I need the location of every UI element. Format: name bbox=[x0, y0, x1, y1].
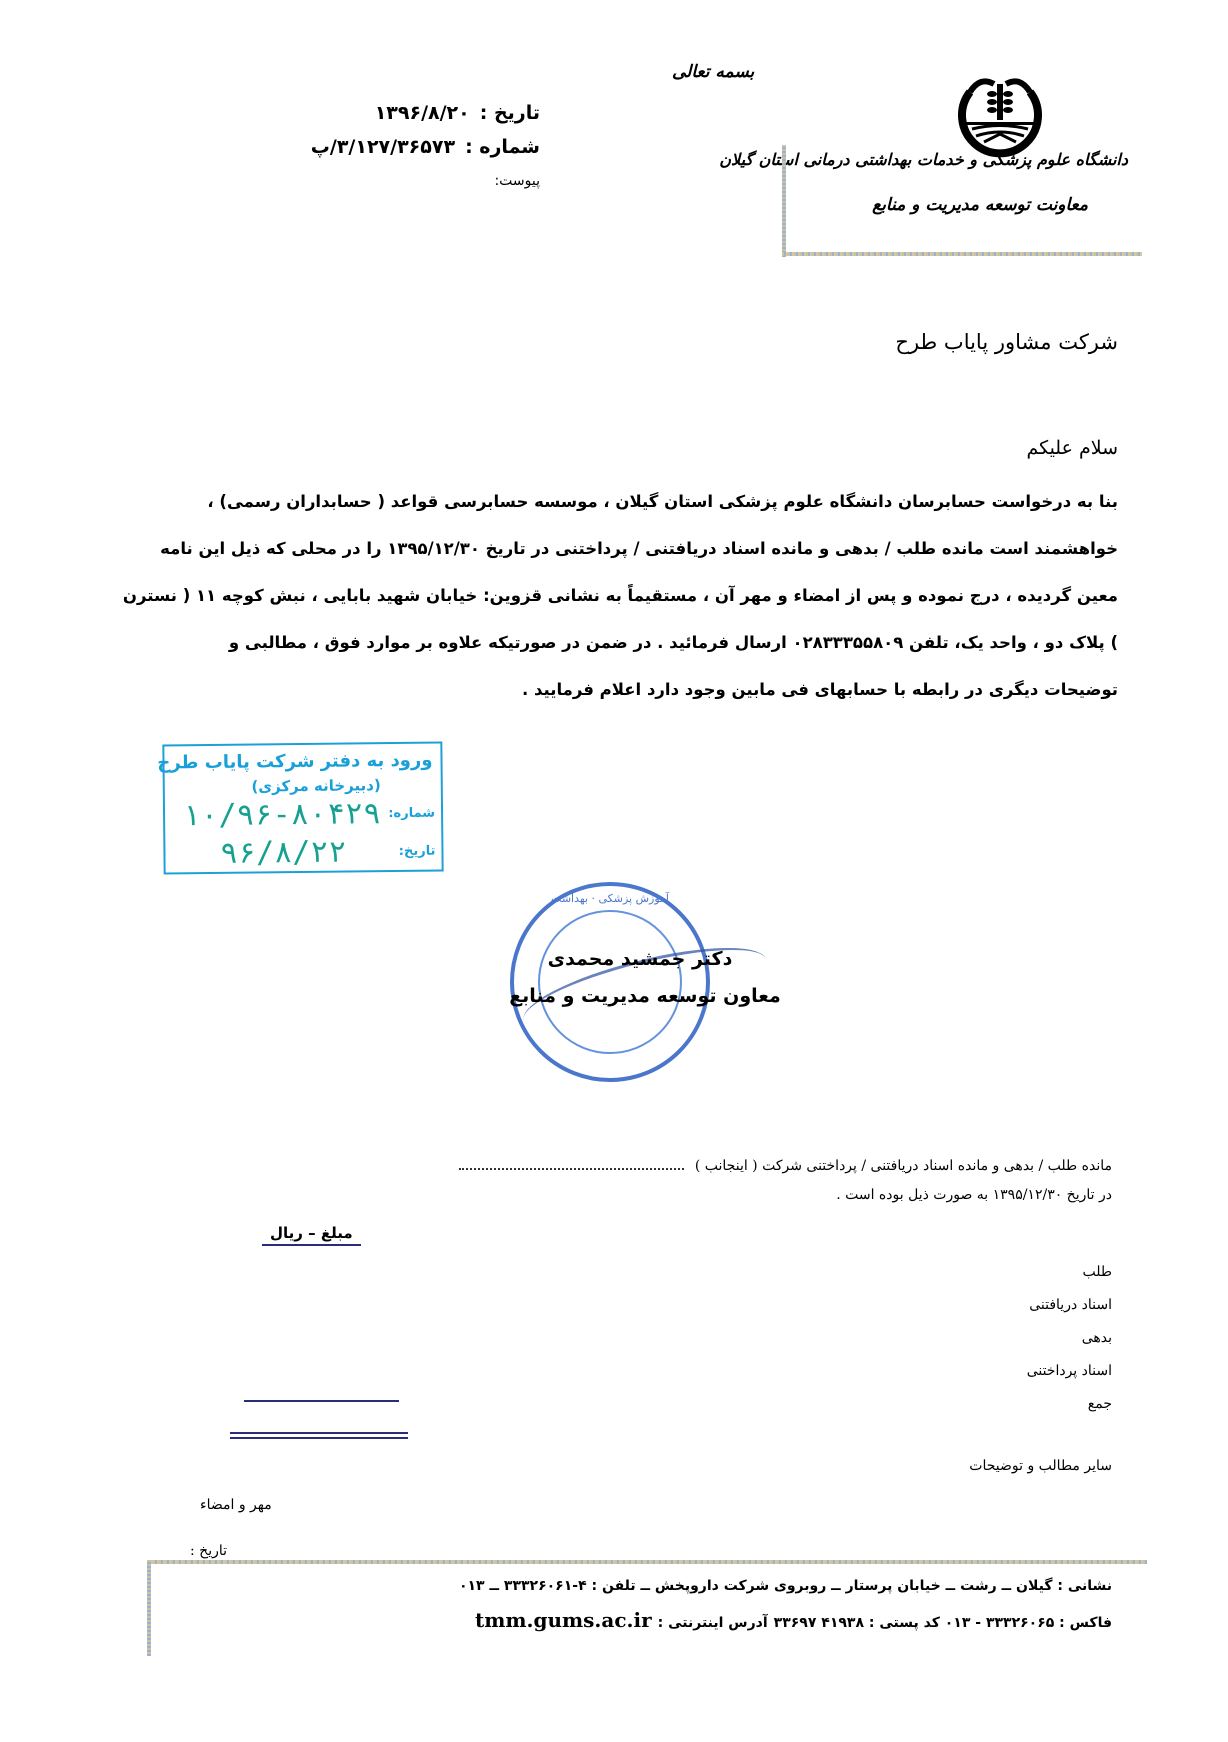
item-notes-payable: اسناد پرداختنی bbox=[1027, 1357, 1112, 1390]
meta-number-row: شماره : ۳/۱۲۷/۳۶۵۷۳/پ bbox=[300, 130, 540, 164]
university-emblem-icon bbox=[950, 62, 1050, 162]
seal-signature-label: مهر و امضاء bbox=[200, 1497, 272, 1513]
letter-meta: تاریخ : ۱۳۹۶/۸/۲۰ شماره : ۳/۱۲۷/۳۶۵۷۳/پ … bbox=[300, 96, 540, 198]
form-date-line: در تاریخ ۱۳۹۵/۱۲/۳۰ به صورت ذیل بوده است… bbox=[836, 1187, 1112, 1203]
item-total: جمع bbox=[1027, 1390, 1112, 1423]
stamp-date-value: ۹۶/۸/۲۲ bbox=[220, 835, 347, 871]
company-name-blank[interactable] bbox=[459, 1168, 684, 1170]
header-border-vertical bbox=[782, 145, 786, 257]
footer-address: نشانی : گیلان ــ رشت ــ خیابان پرستار ــ… bbox=[459, 1578, 1112, 1594]
stamp-date-label: تاریخ: bbox=[399, 844, 436, 859]
seal-text: آموزش پزشکی · بهداشت bbox=[514, 892, 706, 905]
body-line: ) پلاک دو ، واحد یک، تلفن ۰۲۸۳۳۳۵۵۸۰۹ ار… bbox=[103, 619, 1118, 666]
stamp-number-value: ۱۰/۹۶-۸۰۴۲۹ bbox=[182, 796, 381, 833]
stamp-subtitle: (دبیرخانه مرکزی) bbox=[251, 776, 380, 795]
total-double-rule-top bbox=[230, 1432, 408, 1434]
form-intro-line: مانده طلب / بدهی و مانده اسناد دریافتنی … bbox=[459, 1158, 1112, 1174]
footer-border-vertical bbox=[147, 1560, 151, 1656]
university-name: دانشگاه علوم پزشکی و خدمات بهداشتی درمان… bbox=[719, 150, 1128, 169]
footer-fax-postal: فاکس : ۳۳۳۲۶۰۶۵ - ۰۱۳ کد پستی : ۴۱۹۳۸ ۳۳… bbox=[774, 1615, 1112, 1631]
meta-date-row: تاریخ : ۱۳۹۶/۸/۲۰ bbox=[300, 96, 540, 130]
form-date-label: تاریخ : bbox=[190, 1543, 227, 1559]
body-line: خواهشمند است مانده طلب / بدهی و مانده اس… bbox=[103, 525, 1118, 572]
other-notes-label: سایر مطالب و توضیحات bbox=[969, 1458, 1112, 1474]
letter-body: بنا به درخواست حسابرسان دانشگاه علوم پزش… bbox=[103, 478, 1118, 713]
body-line: بنا به درخواست حسابرسان دانشگاه علوم پزش… bbox=[103, 478, 1118, 525]
greeting: سلام علیکم bbox=[1026, 437, 1118, 459]
body-line: توضیحات دیگری در رابطه با حسابهای فی ماب… bbox=[103, 666, 1118, 713]
meta-attachment-row: پیوست: bbox=[300, 164, 540, 198]
balance-items: طلب اسناد دریافتنی بدهی اسناد پرداختنی ج… bbox=[1027, 1258, 1112, 1423]
amount-column-header: مبلغ – ریال bbox=[262, 1224, 361, 1246]
basmala-heading: بسمه تعالی bbox=[672, 62, 754, 82]
item-payable: بدهی bbox=[1027, 1324, 1112, 1357]
stamp-title: ورود به دفتر شرکت پایاب طرح bbox=[157, 750, 432, 774]
footer-contact: فاکس : ۳۳۳۲۶۰۶۵ - ۰۱۳ کد پستی : ۴۱۹۳۸ ۳۳… bbox=[475, 1608, 1112, 1632]
department-name: معاونت توسعه مدیریت و منابع bbox=[872, 195, 1088, 215]
signatory-name: دکتر جمشید محمدی bbox=[520, 948, 760, 970]
item-notes-receivable: اسناد دریافتنی bbox=[1027, 1291, 1112, 1324]
footer-border-horizontal bbox=[147, 1560, 1147, 1564]
footer-website-link[interactable]: tmm.gums.ac.ir bbox=[475, 1608, 652, 1632]
meta-date-label: تاریخ : bbox=[480, 96, 540, 130]
body-line: معین گردیده ، درج نموده و پس از امضاء و … bbox=[103, 572, 1118, 619]
meta-date-value: ۱۳۹۶/۸/۲۰ bbox=[375, 96, 470, 130]
meta-number-value: ۳/۱۲۷/۳۶۵۷۳/پ bbox=[311, 130, 455, 164]
form-intro-text: مانده طلب / بدهی و مانده اسناد دریافتنی … bbox=[695, 1158, 1112, 1174]
recipient: شرکت مشاور پایاب طرح bbox=[895, 330, 1118, 354]
item-receivable: طلب bbox=[1027, 1258, 1112, 1291]
total-double-rule-bottom bbox=[230, 1437, 408, 1439]
meta-attachment-label: پیوست: bbox=[494, 164, 540, 198]
header-border-horizontal bbox=[782, 252, 1142, 256]
stamp-number-label: شماره: bbox=[388, 806, 435, 821]
footer-website-label: آدرس اینترنتی : bbox=[658, 1615, 768, 1631]
meta-number-label: شماره : bbox=[465, 130, 540, 164]
subtotal-rule bbox=[244, 1400, 399, 1402]
signatory-title: معاون توسعه مدیریت و منابع bbox=[500, 985, 790, 1007]
receipt-stamp: ورود به دفتر شرکت پایاب طرح (دبیرخانه مر… bbox=[162, 742, 443, 875]
